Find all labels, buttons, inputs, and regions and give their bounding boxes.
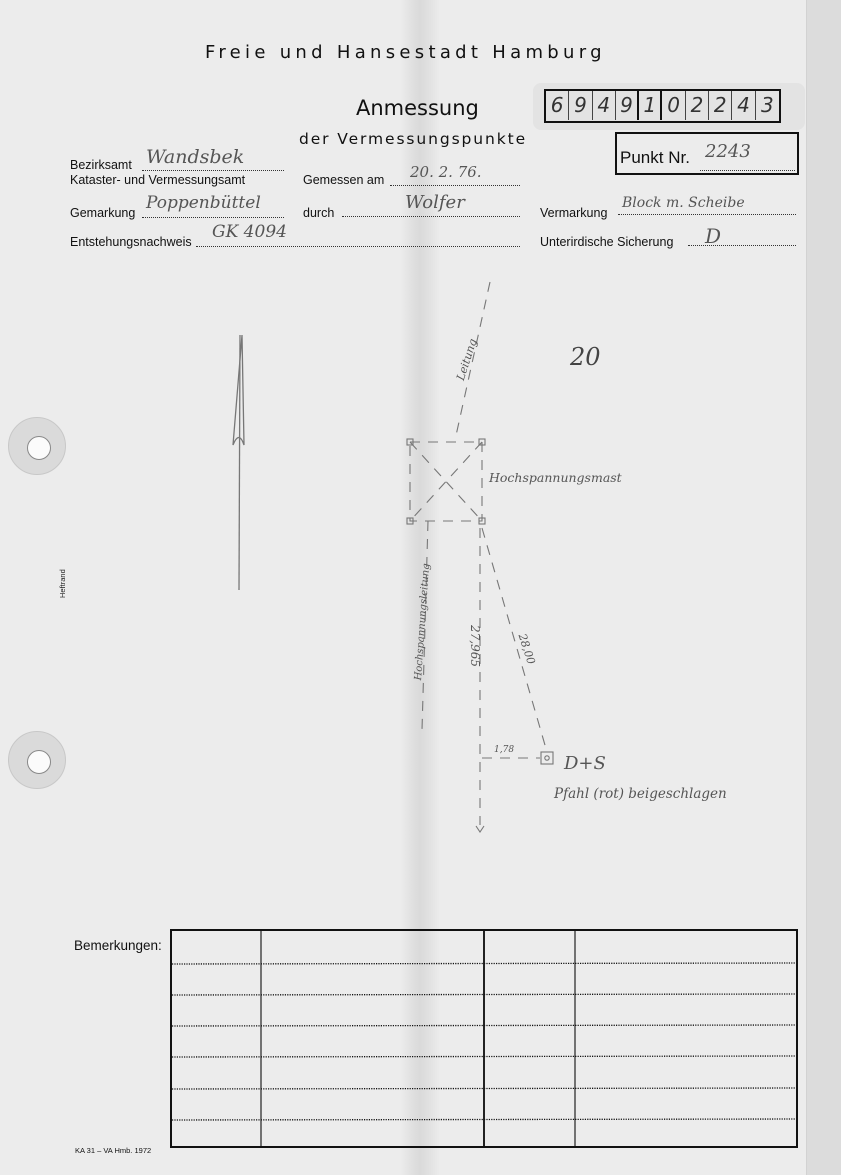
distance-178: 1,78 xyxy=(494,745,514,755)
sheet-number: 20 xyxy=(570,343,601,371)
survey-marker-icon xyxy=(541,752,553,764)
form-code: KA 31 – VA Hmb. 1972 xyxy=(75,1146,151,1155)
remarks-label: Bemerkungen: xyxy=(74,938,162,953)
remarks-table[interactable] xyxy=(170,929,798,1148)
marker-label: D+S xyxy=(564,753,606,774)
distance-27965: 27,965 xyxy=(468,625,482,667)
north-arrow-icon xyxy=(233,335,244,590)
marker-note: Pfahl (rot) beigeschlagen xyxy=(554,786,727,802)
mast-annotation: Hochspannungsmast xyxy=(489,470,622,485)
remarks-grid xyxy=(172,931,796,1146)
